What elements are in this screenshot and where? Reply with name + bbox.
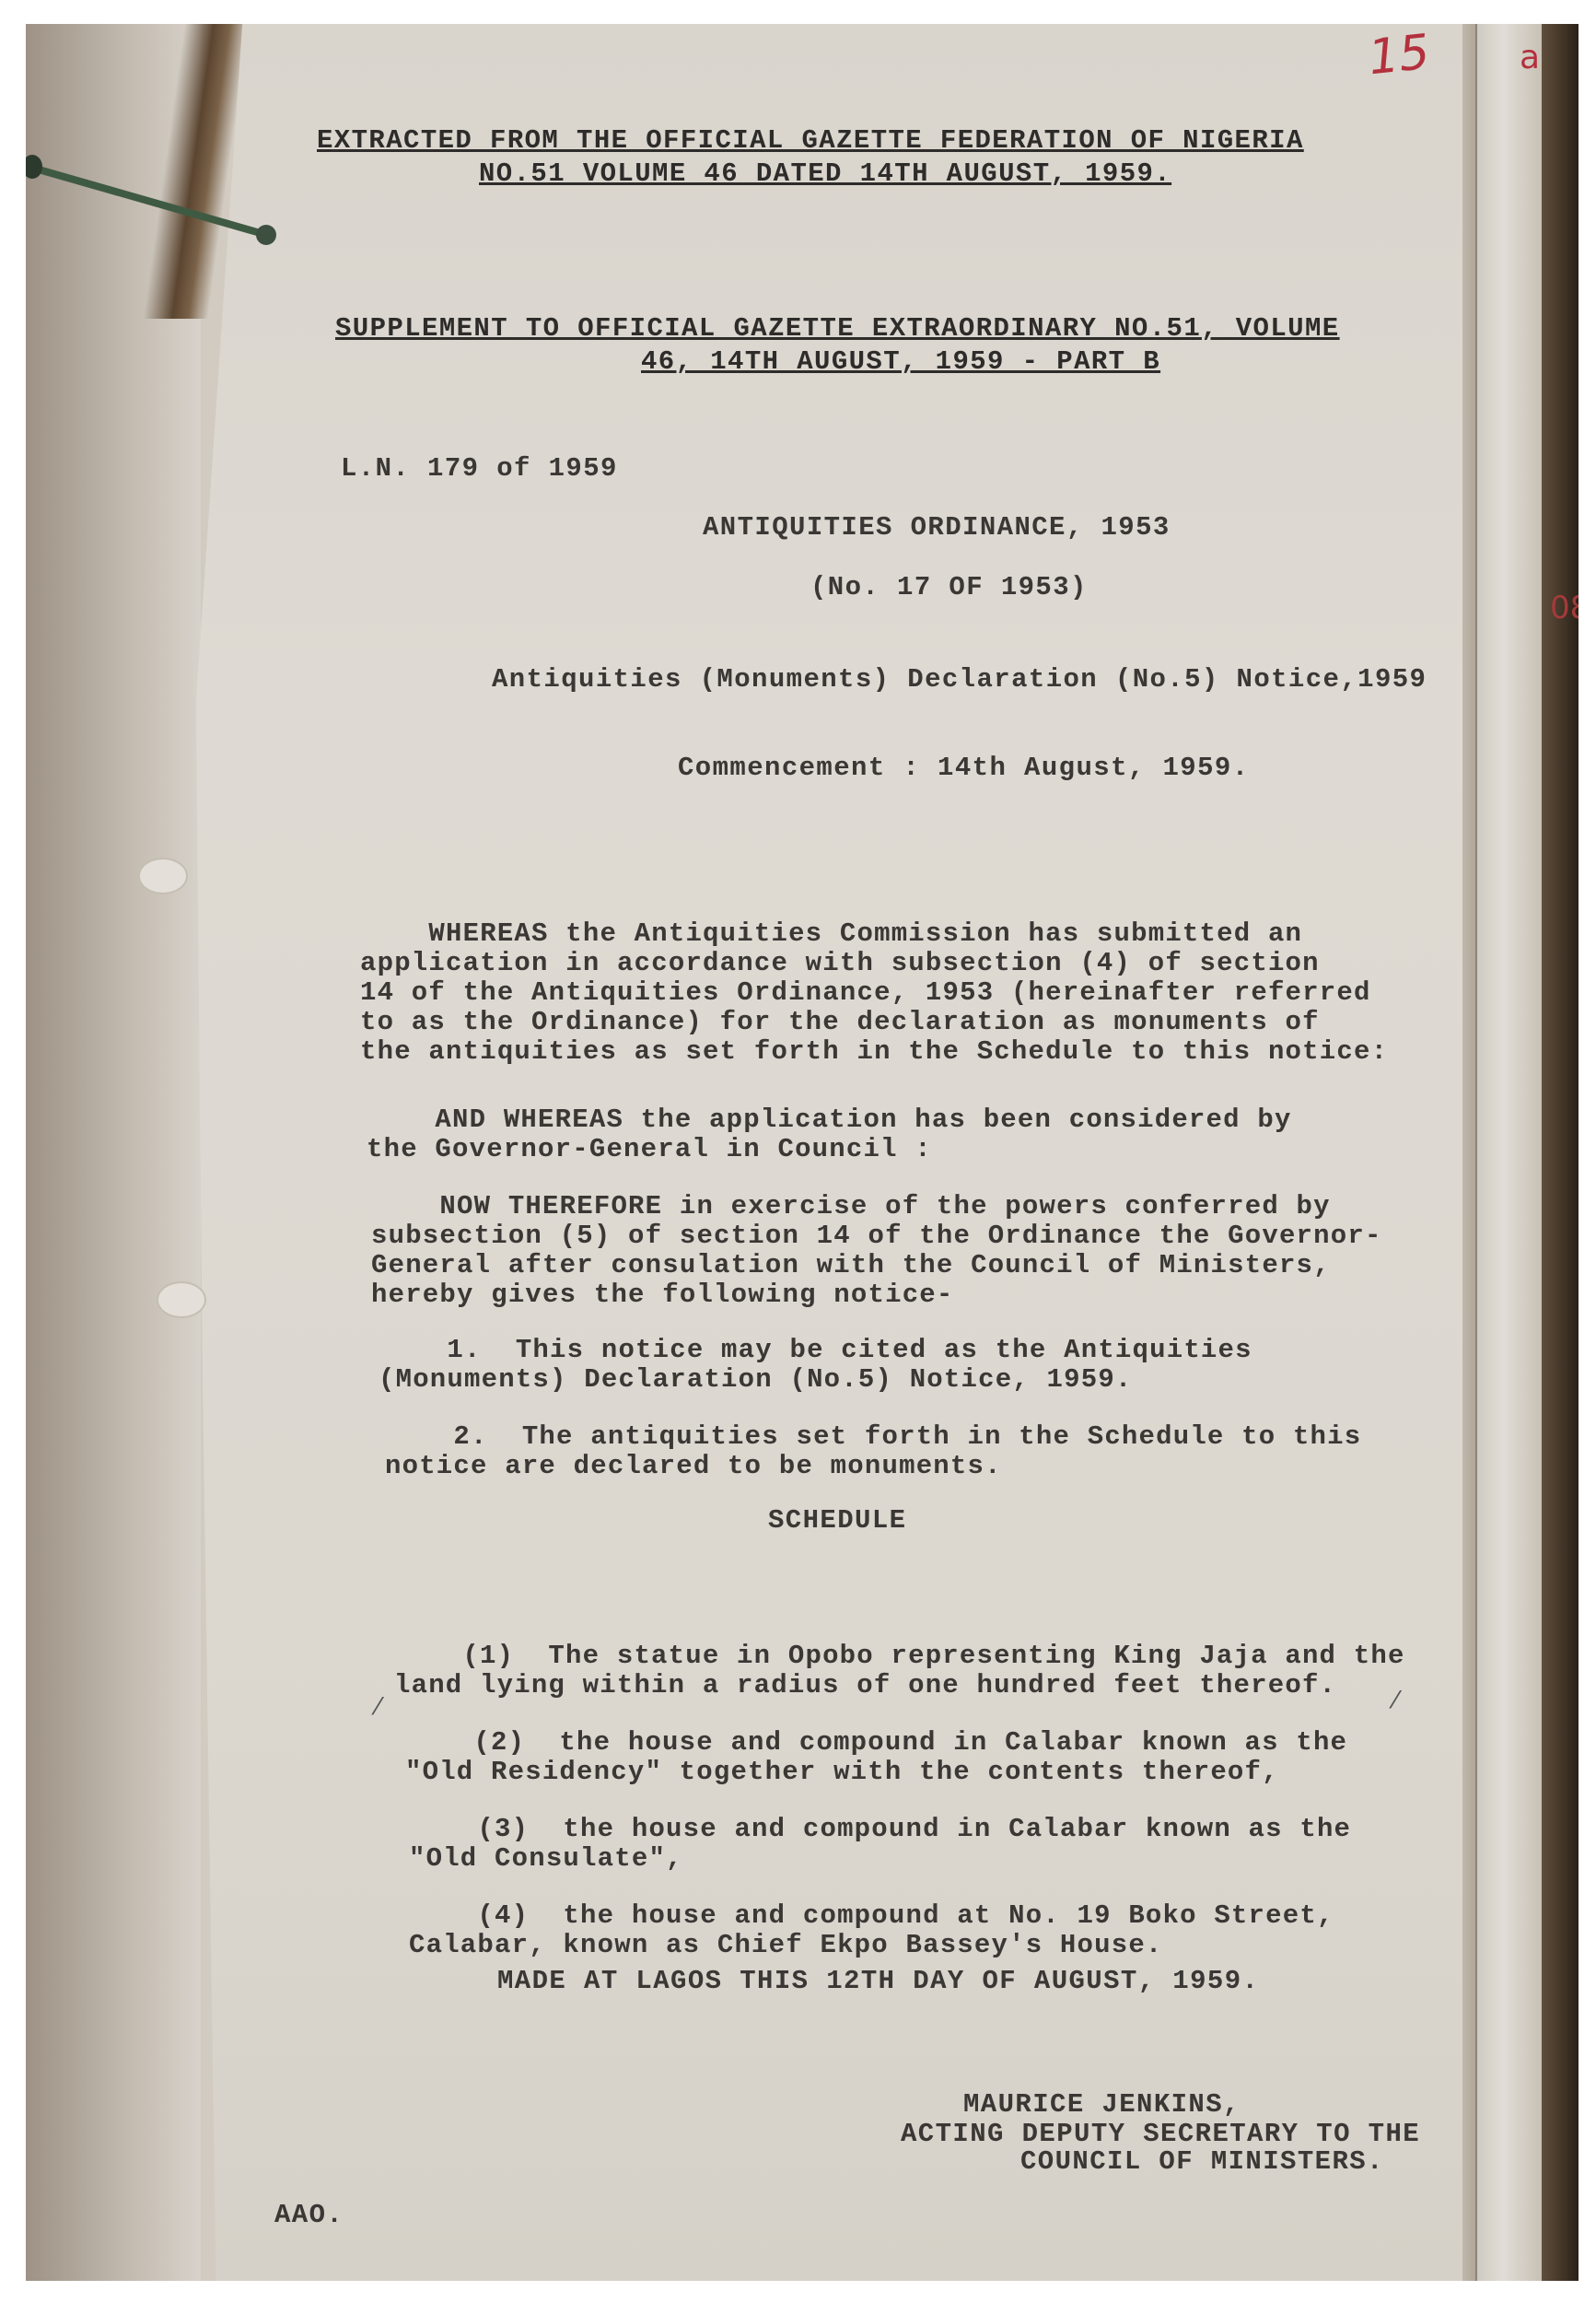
edge-annotation: a <box>1520 39 1540 76</box>
notice-title: Antiquities (Monuments) Declaration (No.… <box>492 666 1427 693</box>
extract-header-line2: NO.51 VOLUME 46 DATED 14TH AUGUST, 1959. <box>479 160 1171 187</box>
signatory-name: MAURICE JENKINS, <box>963 2091 1241 2118</box>
commencement-date: Commencement : 14th August, 1959. <box>678 754 1250 781</box>
reference-initials: AAO. <box>274 2202 344 2228</box>
signatory-title-line2: COUNCIL OF MINISTERS. <box>1020 2148 1384 2175</box>
schedule-heading: SCHEDULE <box>768 1507 906 1534</box>
legal-notice-number: L.N. 179 of 1959 <box>341 455 618 482</box>
tick-mark-icon: ⁄ <box>1393 1687 1397 1714</box>
extract-header-line1: EXTRACTED FROM THE OFFICIAL GAZETTE FEDE… <box>317 127 1304 154</box>
punch-hole <box>138 858 188 894</box>
document-photo: 15 a 08 EXTRACTED FROM THE OFFICIAL GAZE… <box>26 24 1579 2281</box>
underlying-sheet-left <box>26 24 201 2281</box>
ordinance-number: (No. 17 OF 1953) <box>810 574 1088 601</box>
supplement-header-line1: SUPPLEMENT TO OFFICIAL GAZETTE EXTRAORDI… <box>335 315 1340 342</box>
supplement-header-line2: 46, 14TH AUGUST, 1959 - PART B <box>641 348 1160 375</box>
tick-mark-icon: ⁄ <box>376 1693 379 1721</box>
made-at-line: MADE AT LAGOS THIS 12TH DAY OF AUGUST, 1… <box>497 1968 1259 1994</box>
edge-annotation: 08 <box>1550 590 1579 626</box>
treasury-tag-end <box>256 225 276 245</box>
folio-number: 15 <box>1366 25 1432 87</box>
ordinance-title: ANTIQUITIES ORDINANCE, 1953 <box>703 514 1171 541</box>
underlying-sheet-right <box>1475 24 1542 2281</box>
signatory-title-line1: ACTING DEPUTY SECRETARY TO THE <box>901 2121 1420 2147</box>
punch-hole <box>157 1281 206 1318</box>
